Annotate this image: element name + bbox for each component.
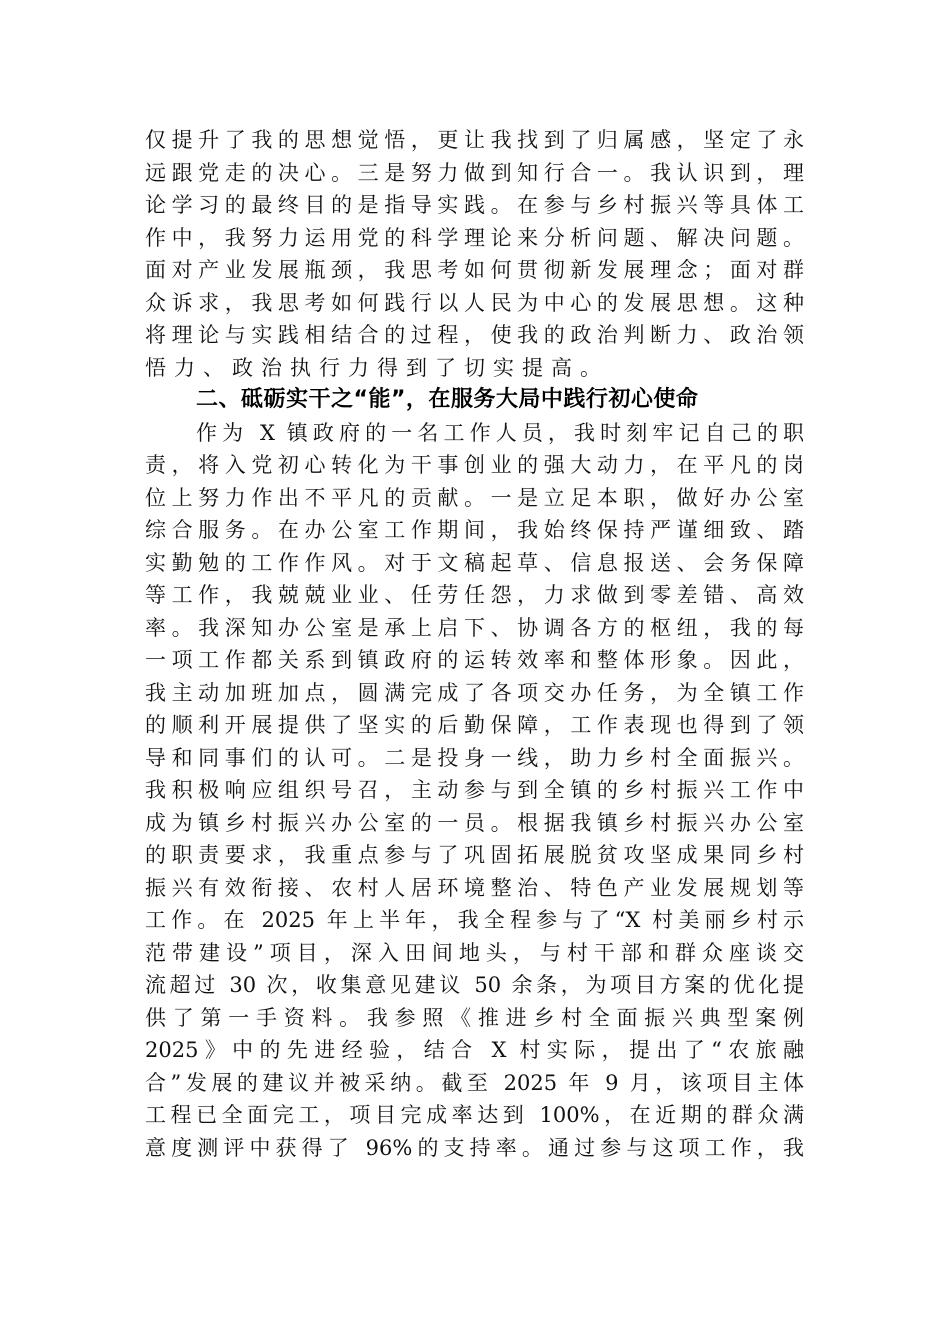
paragraph-line: 众诉求，我思考如何践行以人民为中心的发展思想。这种 bbox=[145, 287, 804, 320]
paragraph-line: 位上努力作出不平凡的贡献。一是立足本职，做好办公室 bbox=[145, 482, 804, 515]
paragraph-line: 我积极响应组织号召，主动参与到全镇的乡村振兴工作中 bbox=[145, 774, 804, 807]
paragraph-line: 范带建设”项目，深入田间地头，与村干部和群众座谈交 bbox=[145, 937, 804, 970]
paragraph-line: 的职责要求，我重点参与了巩固拓展脱贫攻坚成果同乡村 bbox=[145, 839, 804, 872]
paragraph-line: 工作。在 2025 年上半年，我全程参与了“X 村美丽乡村示 bbox=[145, 904, 804, 937]
paragraph-line: 流超过 30 次，收集意见建议 50 余条，为项目方案的优化提 bbox=[145, 969, 804, 1002]
paragraph-line: 供了第一手资料。我参照《推进乡村全面振兴典型案例 bbox=[145, 1002, 804, 1035]
paragraph-line: 作为 X 镇政府的一名工作人员，我时刻牢记自己的职 bbox=[145, 417, 804, 450]
paragraph-line: 作中，我努力运用党的科学理论来分析问题、解决问题。 bbox=[145, 222, 804, 255]
paragraph-line: 2025》中的先进经验，结合 X 村实际，提出了“农旅融 bbox=[145, 1034, 804, 1067]
paragraph-line: 悟力、政治执行力得到了切实提高。 bbox=[145, 352, 804, 385]
paragraph-line: 振兴有效衔接、农村人居环境整治、特色产业发展规划等 bbox=[145, 872, 804, 905]
document-page: 仅提升了我的思想觉悟，更让我找到了归属感，坚定了永 远跟党走的决心。三是努力做到… bbox=[0, 0, 950, 1344]
paragraph-line: 导和同事们的认可。二是投身一线，助力乡村全面振兴。 bbox=[145, 742, 804, 775]
paragraph-line: 责，将入党初心转化为干事创业的强大动力，在平凡的岗 bbox=[145, 449, 804, 482]
paragraph-line: 率。我深知办公室是承上启下、协调各方的枢纽，我的每 bbox=[145, 612, 804, 645]
paragraph-line: 合”发展的建议并被采纳。截至 2025 年 9 月，该项目主体 bbox=[145, 1067, 804, 1100]
paragraph-line: 实勤勉的工作作风。对于文稿起草、信息报送、会务保障 bbox=[145, 547, 804, 580]
document-body: 仅提升了我的思想觉悟，更让我找到了归属感，坚定了永 远跟党走的决心。三是努力做到… bbox=[145, 124, 804, 1164]
paragraph-line: 仅提升了我的思想觉悟，更让我找到了归属感，坚定了永 bbox=[145, 124, 804, 157]
paragraph-line: 的顺利开展提供了坚实的后勤保障，工作表现也得到了领 bbox=[145, 709, 804, 742]
paragraph-line: 意度测评中获得了 96%的支持率。通过参与这项工作，我 bbox=[145, 1132, 804, 1165]
paragraph-line: 将理论与实践相结合的过程，使我的政治判断力、政治领 bbox=[145, 319, 804, 352]
paragraph-line: 论学习的最终目的是指导实践。在参与乡村振兴等具体工 bbox=[145, 189, 804, 222]
paragraph-line: 面对产业发展瓶颈，我思考如何贯彻新发展理念；面对群 bbox=[145, 254, 804, 287]
paragraph-line: 一项工作都关系到镇政府的运转效率和整体形象。因此， bbox=[145, 644, 804, 677]
section-heading: 二、砥砺实干之“能”，在服务大局中践行初心使命 bbox=[145, 384, 804, 417]
paragraph-line: 我主动加班加点，圆满完成了各项交办任务，为全镇工作 bbox=[145, 677, 804, 710]
paragraph-line: 工程已全面完工，项目完成率达到 100%，在近期的群众满 bbox=[145, 1099, 804, 1132]
paragraph-line: 综合服务。在办公室工作期间，我始终保持严谨细致、踏 bbox=[145, 514, 804, 547]
paragraph-line: 远跟党走的决心。三是努力做到知行合一。我认识到，理 bbox=[145, 157, 804, 190]
paragraph-line: 等工作，我兢兢业业、任劳任怨，力求做到零差错、高效 bbox=[145, 579, 804, 612]
paragraph-line: 成为镇乡村振兴办公室的一员。根据我镇乡村振兴办公室 bbox=[145, 807, 804, 840]
